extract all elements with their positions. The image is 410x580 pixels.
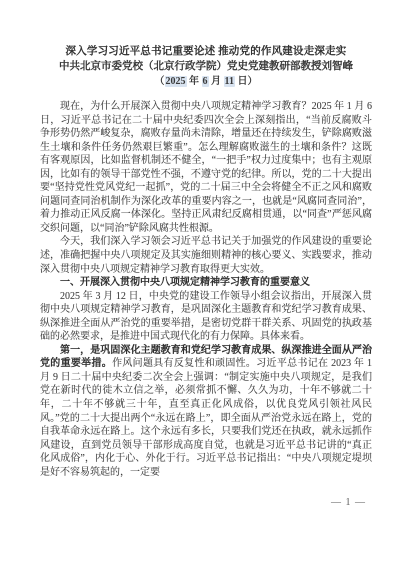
date-year-field: 2025 xyxy=(165,76,187,87)
document-page: 深入学习习近平总书记重要论述 推动党的作风建设走深走实 中共北京市委党校（北京行… xyxy=(0,0,410,580)
paragraph-intro: 现在，为什么开展深入贯彻中央八项规定精神学习教育？2025 年 1 月 6 日，… xyxy=(40,100,372,235)
date-prefix: （ xyxy=(155,76,165,87)
document-title: 深入学习习近平总书记重要论述 推动党的作风建设走深走实 xyxy=(40,44,372,59)
date-month-field: 6 xyxy=(202,76,209,87)
document-author-line: 中共北京市委党校（北京行政学院）党史党建教研部教授刘智峰 xyxy=(40,59,372,74)
paragraph-meeting: 2025 年 3 月 12 日，中央党的建设工作领导小组会议指出，开展深入贯彻中… xyxy=(40,290,372,344)
paragraph-first-point: 第一，是巩固深化主题教育和党纪学习教育成果、纵深推进全面从严治党的重要举措。作风… xyxy=(40,344,372,479)
paragraph-first-point-body: 作风问题具有反复性和顽固性。习近平总书记在 2023 年 1 月 9 日二十届中… xyxy=(40,358,372,477)
date-suffix: 日） xyxy=(235,76,258,87)
date-year-unit: 年 xyxy=(187,76,202,87)
body-text: 现在，为什么开展深入贯彻中央八项规定精神学习教育？2025 年 1 月 6 日，… xyxy=(40,100,372,479)
page-number: — 1 — xyxy=(331,497,366,508)
title-block: 深入学习习近平总书记重要论述 推动党的作风建设走深走实 中共北京市委党校（北京行… xyxy=(40,44,372,89)
date-day-field: 11 xyxy=(224,76,235,87)
document-content: 深入学习习近平总书记重要论述 推动党的作风建设走深走实 中共北京市委党校（北京行… xyxy=(40,44,372,479)
paragraph-transition: 今天，我们深入学习领会习近平总书记关于加强党的作风建设的重要论述，准确把握中央八… xyxy=(40,235,372,276)
document-date-line: （2025 年 6 月 11 日） xyxy=(40,74,372,89)
section-heading-1: 一、开展深入贯彻中央八项规定精神学习教育的重要意义 xyxy=(40,276,372,290)
date-month-unit: 月 xyxy=(209,76,224,87)
